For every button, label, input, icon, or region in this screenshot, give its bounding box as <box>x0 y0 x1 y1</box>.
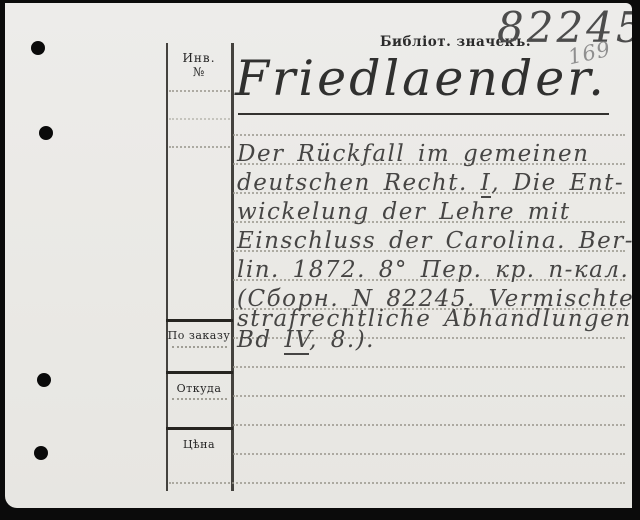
field-divider <box>166 319 233 322</box>
catalog-entry-line: lin. 1872. 8° Пер. кр. п-кал. <box>237 257 629 283</box>
field-label-origin: Откуда <box>166 382 232 395</box>
ruled-line <box>233 366 625 368</box>
ruled-line <box>169 90 230 92</box>
inventory-label-line1: Инв. <box>166 51 232 65</box>
scan-background: { "card": { "library_mark": { "label": "… <box>0 0 640 520</box>
field-label-underline <box>172 398 227 400</box>
entry-text: lin. 1872. 8° Пер. кр. п-кал. <box>237 257 629 283</box>
catalog-card: Инв. № По заказу Откуда Цѣна Библіот. зн… <box>5 3 632 508</box>
entry-text-underlined: IV <box>284 327 309 355</box>
ruled-line <box>233 453 625 455</box>
entry-text: deutschen Recht. <box>237 170 481 196</box>
catalog-entry-line: Bd IV, 8.). <box>237 327 375 353</box>
library-mark-number: 82245. <box>497 3 632 52</box>
hole-punch-dot <box>31 41 45 55</box>
ruled-line <box>169 482 625 484</box>
inventory-label-line2: № <box>166 65 232 79</box>
catalog-entry-line: wickelung der Lehre mit <box>237 199 571 225</box>
ruled-line <box>233 424 625 426</box>
inventory-number-label: Инв. № <box>166 51 232 79</box>
author-name: Friedlaender. <box>235 50 607 107</box>
entry-text: Der Rückfall im gemeinen <box>237 141 589 167</box>
field-label-price: Цѣна <box>166 438 232 451</box>
field-label-by-order: По заказу <box>166 329 232 342</box>
ruled-line <box>233 134 625 136</box>
hole-punch-dot <box>37 373 51 387</box>
catalog-entry-line: Der Rückfall im gemeinen <box>237 141 589 167</box>
column-left-border <box>166 43 168 491</box>
catalog-entry-line: Einschluss der Carolina. Ber- <box>237 228 632 254</box>
entry-text: Einschluss der Carolina. Ber- <box>237 228 632 254</box>
field-divider <box>166 427 233 430</box>
hole-punch-dot <box>39 126 53 140</box>
catalog-entry-line: deutschen Recht. I, Die Ent- <box>237 170 624 196</box>
entry-text: wickelung der Lehre mit <box>237 199 571 225</box>
ruled-line <box>233 395 625 397</box>
field-divider <box>166 371 233 374</box>
entry-text: , Die Ent- <box>491 170 624 196</box>
entry-text-underlined: I <box>481 170 492 198</box>
entry-text: , 8.). <box>309 327 375 353</box>
hole-punch-dot <box>34 446 48 460</box>
author-underline <box>238 113 609 115</box>
entry-text: Bd <box>237 327 284 353</box>
field-label-underline <box>172 346 227 348</box>
ruled-line <box>169 146 230 148</box>
ruled-line <box>169 118 230 120</box>
